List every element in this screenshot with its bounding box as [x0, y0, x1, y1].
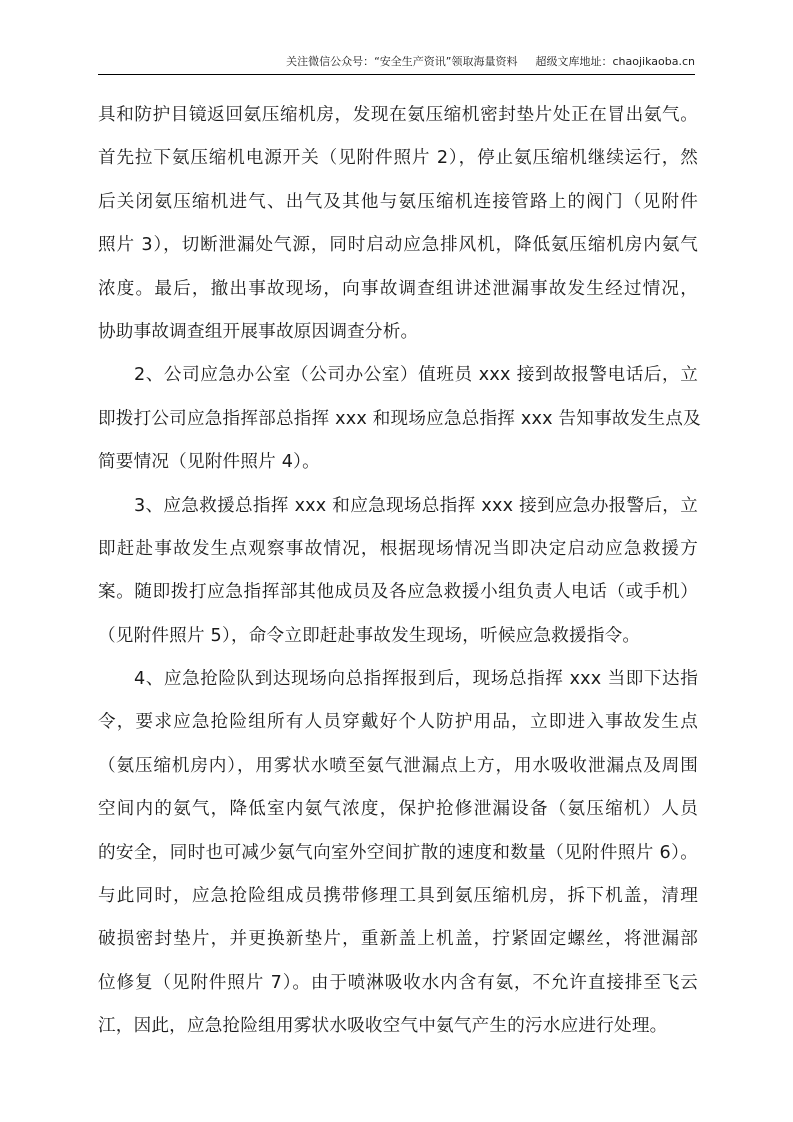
text-line: 即赶赴事故发生点观察事故情况，根据现场情况当即决定启动应急救援方	[98, 528, 698, 571]
text-line: 首先拉下氨压缩机电源开关（见附件照片 2），停止氨压缩机继续运行，然	[98, 137, 698, 180]
text-line: 江，因此，应急抢险组用雾状水吸收空气中氨气产生的污水应进行处理。	[98, 1005, 698, 1048]
text-line: 2、公司应急办公室（公司办公室）值班员 xxx 接到故报警电话后，立	[98, 354, 698, 397]
paragraph-3: 3、应急救援总指挥 xxx 和应急现场总指挥 xxx 接到应急办报警后，立 即赶…	[98, 485, 698, 659]
header-promo-text: 关注微信公众号：“安全生产资讯”领取海量资料	[286, 55, 517, 68]
paragraph-2: 2、公司应急办公室（公司办公室）值班员 xxx 接到故报警电话后，立 即拨打公司…	[98, 354, 698, 484]
text-line: 浓度。最后，撤出事故现场，向事故调查组讲述泄漏事故发生经过情况，	[98, 268, 698, 311]
text-line: 4、应急抢险队到达现场向总指挥报到后，现场总指挥 xxx 当即下达指	[98, 658, 698, 701]
text-line: 的安全，同时也可减少氨气向室外空间扩散的速度和数量（见附件照片 6）。	[98, 832, 698, 875]
paragraph-1: 具和防护目镜返回氨压缩机房，发现在氨压缩机密封垫片处正在冒出氨气。 首先拉下氨压…	[98, 94, 698, 354]
text-line: 具和防护目镜返回氨压缩机房，发现在氨压缩机密封垫片处正在冒出氨气。	[98, 94, 698, 137]
text-line: 位修复（见附件照片 7）。由于喷淋吸收水内含有氨，不允许直接排至飞云	[98, 962, 698, 1005]
text-line: 3、应急救援总指挥 xxx 和应急现场总指挥 xxx 接到应急办报警后，立	[98, 485, 698, 528]
text-line: 协助事故调查组开展事故原因调查分析。	[98, 311, 698, 354]
text-line: 即拨打公司应急指挥部总指挥 xxx 和现场应急总指挥 xxx 告知事故发生点及	[98, 398, 698, 441]
text-line: 令，要求应急抢险组所有人员穿戴好个人防护用品，立即进入事故发生点	[98, 701, 698, 744]
text-line: 案。随即拨打应急指挥部其他成员及各应急救援小组负责人电话（或手机）	[98, 571, 698, 614]
text-line: （氨压缩机房内），用雾状水喷至氨气泄漏点上方，用水吸收泄漏点及周围	[98, 745, 698, 788]
document-body: 具和防护目镜返回氨压缩机房，发现在氨压缩机密封垫片处正在冒出氨气。 首先拉下氨压…	[98, 94, 698, 1049]
text-line: 空间内的氨气，降低室内氨气浓度，保护抢修泄漏设备（氨压缩机）人员	[98, 788, 698, 831]
paragraph-4: 4、应急抢险队到达现场向总指挥报到后，现场总指挥 xxx 当即下达指 令，要求应…	[98, 658, 698, 1049]
header-site-address: 超级文库地址：chaojikaoba.cn	[536, 55, 696, 68]
text-line: 简要情况（见附件照片 4）。	[98, 441, 698, 484]
text-line: 与此同时，应急抢险组成员携带修理工具到氨压缩机房，拆下机盖，清理	[98, 875, 698, 918]
text-line: （见附件照片 5），命令立即赶赴事故发生现场，听候应急救援指令。	[98, 615, 698, 658]
page-header: 关注微信公众号：“安全生产资讯”领取海量资料超级文库地址：chaojikaoba…	[98, 54, 695, 75]
text-line: 照片 3），切断泄漏处气源，同时启动应急排风机，降低氨压缩机房内氨气	[98, 224, 698, 267]
text-line: 后关闭氨压缩机进气、出气及其他与氨压缩机连接管路上的阀门（见附件	[98, 181, 698, 224]
text-line: 破损密封垫片，并更换新垫片，重新盖上机盖，拧紧固定螺丝，将泄漏部	[98, 918, 698, 961]
